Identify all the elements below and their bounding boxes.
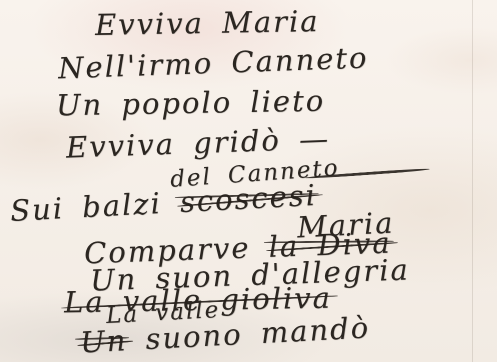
handwriting-line-nell-irmo-canneto: Nell'irmo Canneto	[58, 41, 369, 86]
line-text: Sui balzi	[9, 185, 180, 228]
struck-word-un: Un	[79, 323, 128, 359]
scan-fold-line	[472, 0, 473, 362]
handwriting-line-sui-balzi: Sui balzi scoscesi	[9, 178, 317, 228]
handwriting-line-un-popolo-lieto: Un popolo lieto	[56, 84, 326, 123]
handwriting-line-evviva-maria: Evviva Maria	[95, 4, 320, 42]
manuscript-page: Evviva Maria Nell'irmo Canneto Un popolo…	[0, 0, 497, 362]
